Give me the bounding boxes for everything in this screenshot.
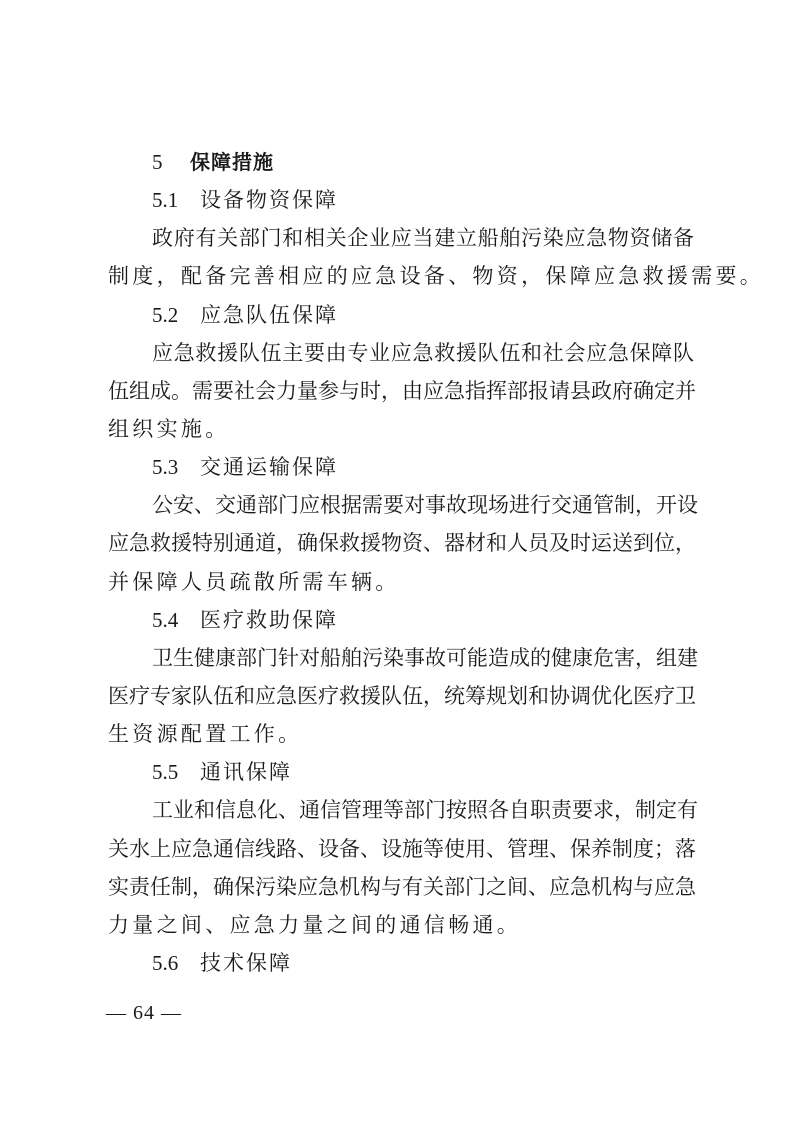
- subsection-title: 设备物资保障: [200, 188, 338, 212]
- subsection-title: 交通运输保障: [200, 455, 338, 479]
- page-number: — 64 —: [106, 1002, 182, 1025]
- subsection-number: 5.2: [152, 296, 200, 334]
- paragraph-line: 伍组成。需要社会力量参与时，由应急指挥部报请县政府确定并: [108, 372, 694, 410]
- paragraph-line: 生资源配置工作。: [108, 715, 694, 753]
- subsection-heading-5-4: 5.4医疗救助保障: [108, 601, 694, 639]
- paragraph-line: 工业和信息化、通信管理等部门按照各自职责要求，制定有: [108, 791, 694, 829]
- paragraph-line: 实责任制，确保污染应急机构与有关部门之间、应急机构与应急: [108, 868, 694, 906]
- subsection-number: 5.6: [152, 944, 200, 982]
- subsection-number: 5.4: [152, 601, 200, 639]
- subsection-heading-5-2: 5.2应急队伍保障: [108, 296, 694, 334]
- subsection-heading-5-6: 5.6技术保障: [108, 944, 694, 982]
- section-number: 5: [152, 143, 190, 181]
- document-page: 5保障措施 5.1设备物资保障 政府有关部门和相关企业应当建立船舶污染应急物资储…: [108, 143, 694, 982]
- paragraph-line: 并保障人员疏散所需车辆。: [108, 563, 694, 601]
- paragraph-line: 组织实施。: [108, 410, 694, 448]
- section-title: 保障措施: [190, 150, 274, 174]
- subsection-heading-5-1: 5.1设备物资保障: [108, 181, 694, 219]
- paragraph-line: 医疗专家队伍和应急医疗救援队伍，统筹规划和协调优化医疗卫: [108, 677, 694, 715]
- paragraph-line: 关水上应急通信线路、设备、设施等使用、管理、保养制度；落: [108, 830, 694, 868]
- paragraph-line: 力量之间、应急力量之间的通信畅通。: [108, 906, 694, 944]
- subsection-number: 5.5: [152, 753, 200, 791]
- paragraph-line: 应急救援特别通道，确保救援物资、器材和人员及时运送到位，: [108, 524, 694, 562]
- paragraph-line: 公安、交通部门应根据需要对事故现场进行交通管制，开设: [108, 486, 694, 524]
- section-heading: 5保障措施: [108, 143, 694, 181]
- paragraph-line: 应急救援队伍主要由专业应急救援队伍和社会应急保障队: [108, 334, 694, 372]
- subsection-heading-5-3: 5.3交通运输保障: [108, 448, 694, 486]
- subsection-heading-5-5: 5.5通讯保障: [108, 753, 694, 791]
- subsection-title: 医疗救助保障: [200, 608, 338, 632]
- paragraph-line: 政府有关部门和相关企业应当建立船舶污染应急物资储备: [108, 219, 694, 257]
- subsection-title: 通讯保障: [200, 760, 292, 784]
- paragraph-line: 卫生健康部门针对船舶污染事故可能造成的健康危害，组建: [108, 639, 694, 677]
- subsection-title: 应急队伍保障: [200, 303, 338, 327]
- subsection-number: 5.3: [152, 448, 200, 486]
- subsection-number: 5.1: [152, 181, 200, 219]
- paragraph-line: 制度，配备完善相应的应急设备、物资，保障应急救援需要。: [108, 257, 694, 295]
- subsection-title: 技术保障: [200, 951, 292, 975]
